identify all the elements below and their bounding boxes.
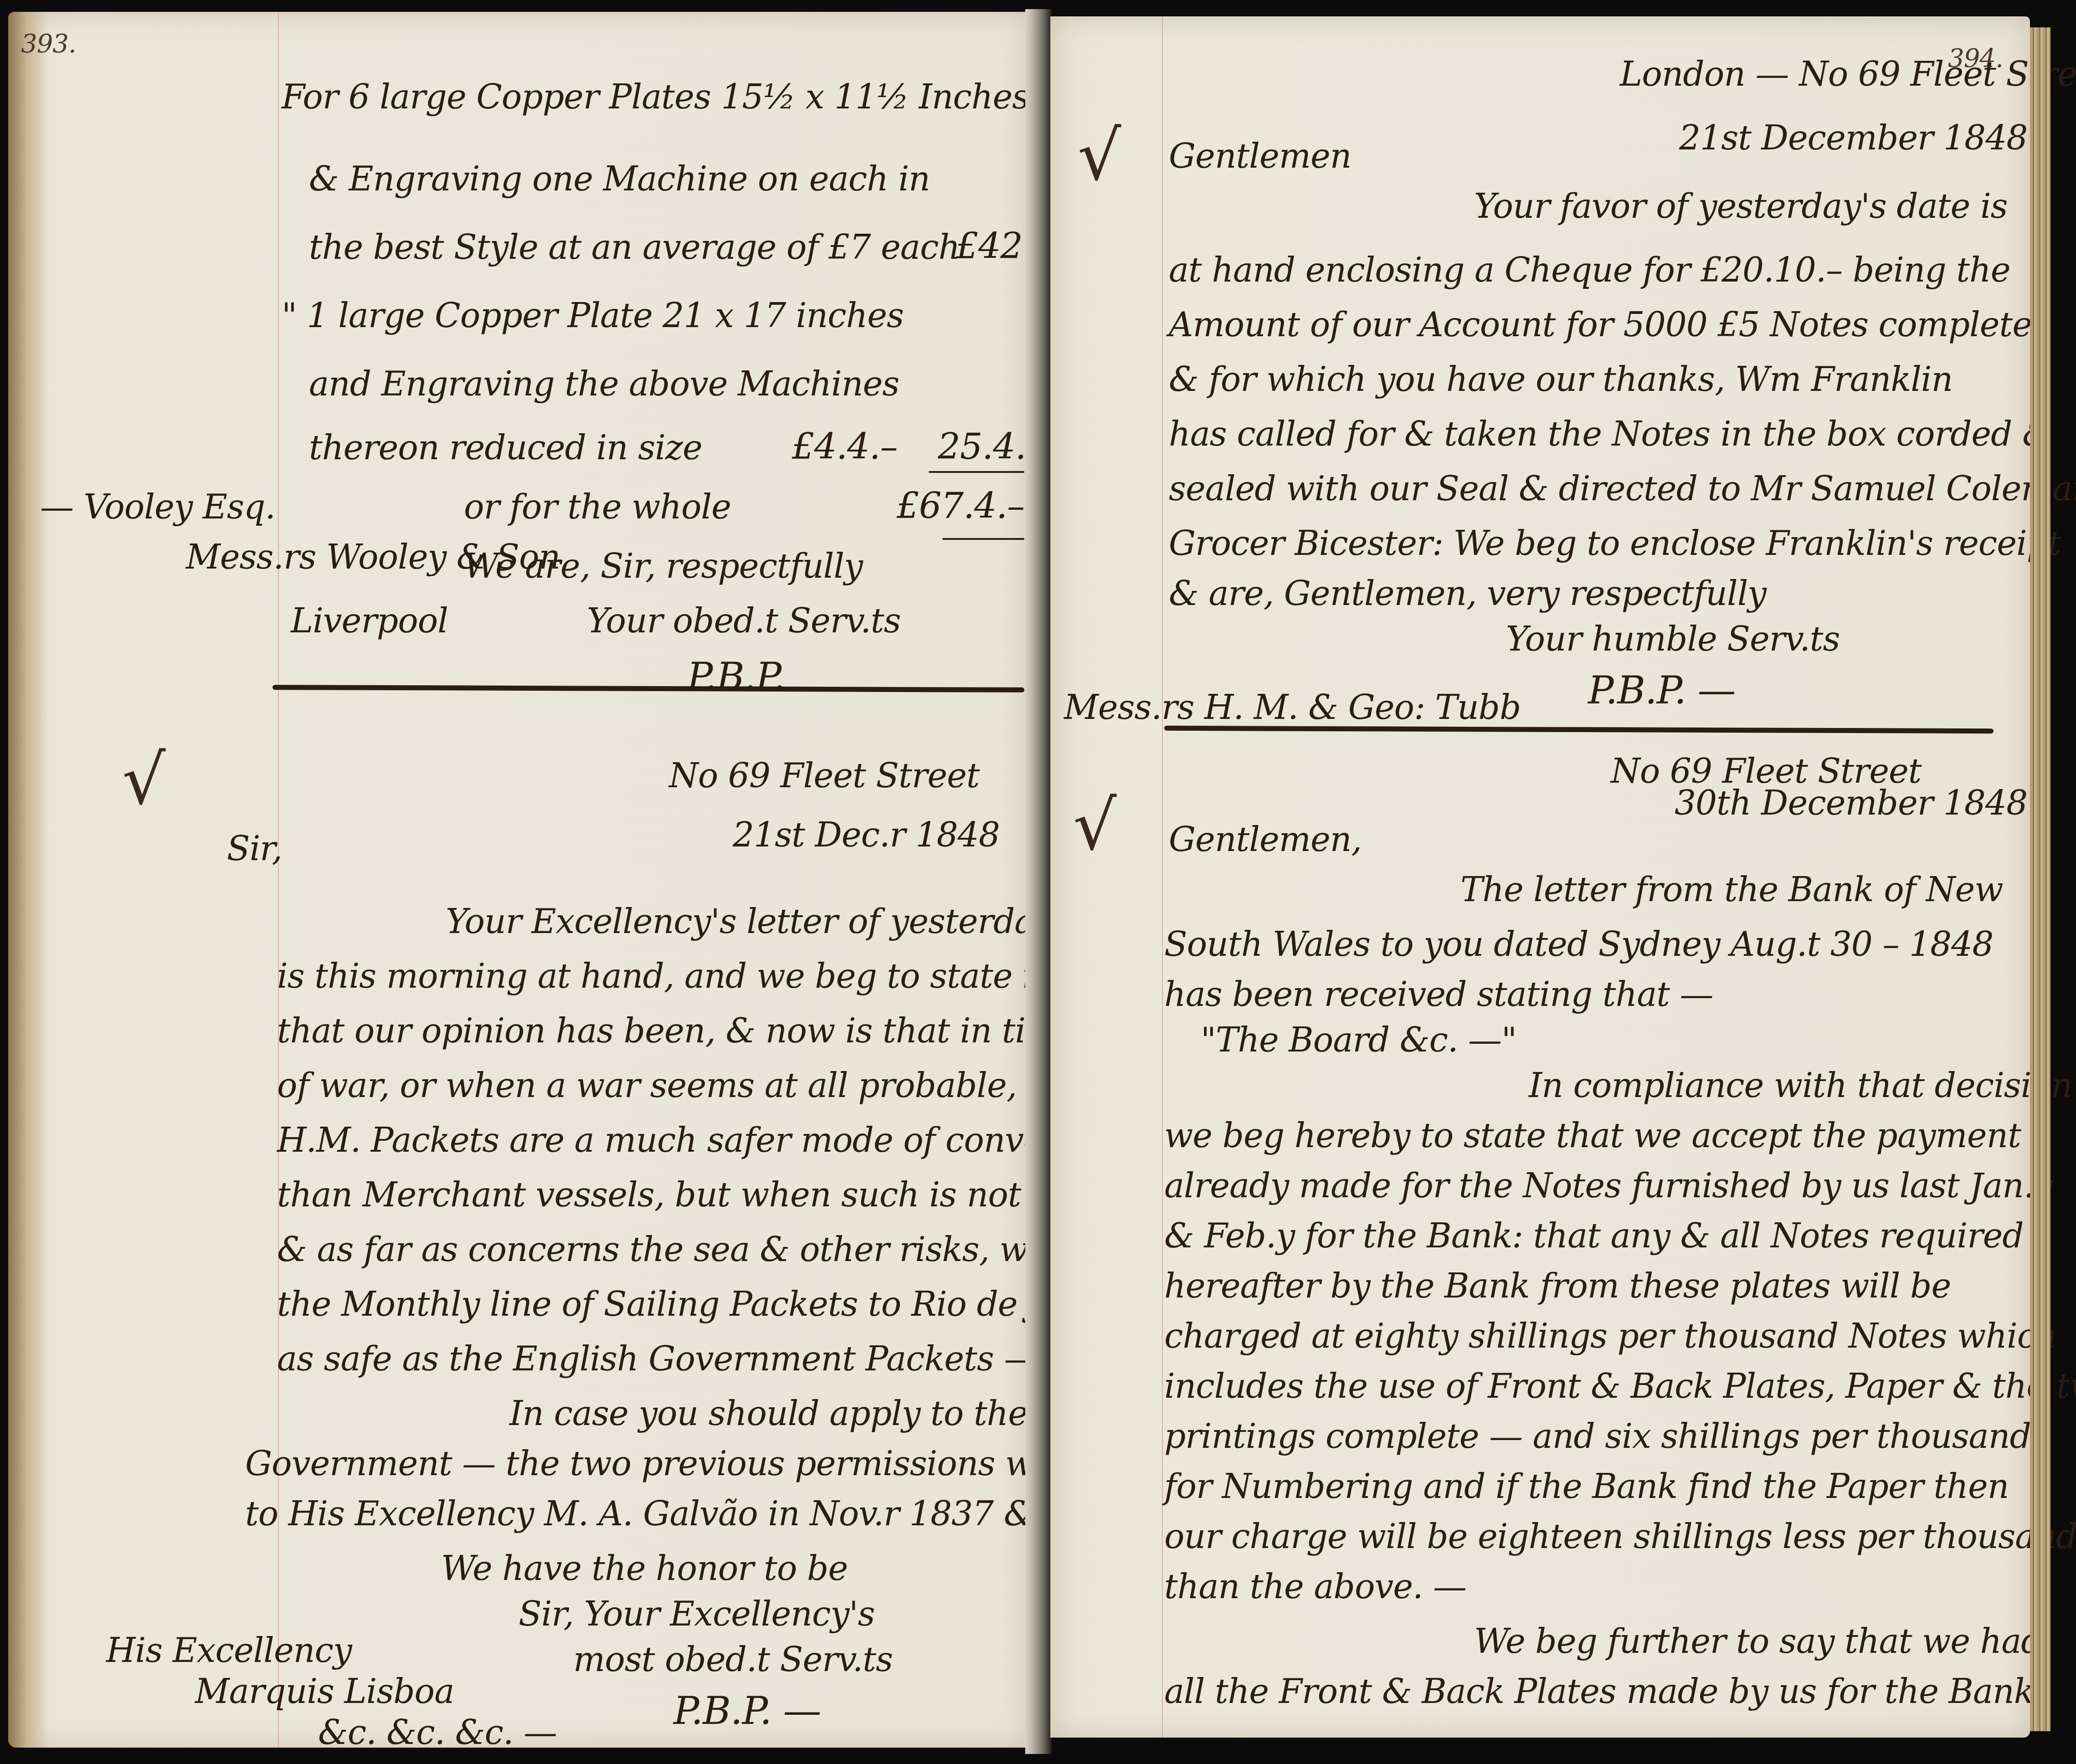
letter-line: that our opinion has been, & now is that…	[277, 1014, 1076, 1048]
closing: Your obed.t Serv.ts	[587, 604, 901, 638]
letter-line: H.M. Packets are a much safer mode of co…	[277, 1123, 1141, 1157]
letter-date: 30th December 1848	[1675, 786, 2027, 820]
amount: £4.4.–	[792, 426, 897, 467]
letter-line: as safe as the English Government Packet…	[277, 1342, 1037, 1376]
letter-line: thereon reduced in size	[309, 431, 702, 465]
addressee-line: Mess.rs H. M. & Geo: Tubb	[1064, 691, 1521, 724]
letter-address: No 69 Fleet Street	[1611, 754, 1922, 788]
margin-rule	[1162, 16, 1163, 1738]
letter-line: includes the use of Front & Back Plates,…	[1164, 1369, 2076, 1403]
letter-line: Your favor of yesterday's date is	[1474, 190, 2008, 223]
letter-line: already made for the Notes furnished by …	[1164, 1169, 2052, 1203]
quotation: "The Board &c. —"	[1201, 1023, 1516, 1057]
salutation: Gentlemen,	[1169, 823, 1362, 856]
letter-line: and Engraving the above Machines	[309, 367, 899, 401]
check-mark-icon: √	[1073, 786, 1116, 866]
closing: Your humble Serv.ts	[1506, 622, 1840, 656]
letter-line: printings complete — and six shillings p…	[1164, 1420, 2031, 1453]
addressee-line: — Vooley Esq.	[40, 490, 275, 524]
letter-address: London — No 69 Fleet Street	[1620, 57, 2076, 91]
closing: Sir, Your Excellency's	[519, 1597, 875, 1631]
letter-line: or for the whole	[464, 490, 731, 524]
closing: We have the honor to be	[441, 1552, 848, 1585]
addressee-line: His Excellency	[106, 1634, 352, 1667]
letter-line: & Engraving one Machine on each in	[309, 162, 930, 196]
letter-line: hereafter by the Bank from these plates …	[1164, 1269, 1951, 1303]
letter-line: the best Style at an average of £7 each	[309, 231, 960, 264]
letter-line: has called for & taken the Notes in the …	[1169, 417, 2052, 451]
right-page: 394. √ London — No 69 Fleet Street 21st …	[1050, 16, 2030, 1738]
closing: & are, Gentlemen, very respectfully	[1169, 577, 1766, 610]
letter-line: the Monthly line of Sailing Packets to R…	[277, 1287, 1147, 1321]
addressee-line: Liverpool	[291, 604, 448, 638]
book-spine	[1025, 9, 1052, 1754]
letter-line: " 1 large Copper Plate 21 x 17 inches	[282, 299, 904, 333]
letter-line: we beg hereby to state that we accept th…	[1164, 1119, 2021, 1153]
page-number: 393.	[21, 29, 76, 59]
letter-address: No 69 Fleet Street	[669, 759, 980, 793]
letter-line: & Feb.y for the Bank: that any & all Not…	[1164, 1219, 2024, 1253]
letter-date: 21st December 1848	[1679, 121, 2027, 155]
letter-line: of war, or when a war seems at all proba…	[277, 1069, 1081, 1102]
margin-rule	[278, 12, 279, 1748]
sum-rule	[929, 471, 1024, 473]
salutation: Gentlemen	[1169, 139, 1351, 173]
letter-line: our charge will be eighteen shillings le…	[1164, 1520, 2076, 1554]
letter-date: 21st Dec.r 1848	[733, 818, 1000, 852]
closing: most obed.t Serv.ts	[573, 1643, 893, 1677]
letter-line: Amount of our Account for 5000 £5 Notes …	[1169, 308, 2032, 342]
letter-line: charged at eighty shillings per thousand…	[1164, 1319, 2057, 1353]
page-edges	[2030, 27, 2050, 1731]
addressee-line: &c. &c. &c. —	[318, 1716, 557, 1749]
letter-line: sealed with our Seal & directed to Mr Sa…	[1169, 472, 2076, 506]
letter-line: has been received stating that —	[1164, 978, 1713, 1011]
letter-line: In compliance with that decision	[1529, 1069, 2072, 1102]
letter-line: for Numbering and if the Bank find the P…	[1164, 1470, 2009, 1503]
letter-line: In case you should apply to the	[509, 1397, 1028, 1431]
letter-line: at hand enclosing a Cheque for £20.10.– …	[1169, 253, 2010, 287]
letter-line: than the above. —	[1164, 1570, 1466, 1604]
salutation: Sir,	[227, 832, 282, 866]
addressee-line: Mess.rs Wooley & Son	[186, 540, 560, 574]
check-mark-icon: √	[1078, 117, 1121, 196]
letter-line: For 6 large Copper Plates 15½ x 11½ Inch…	[282, 80, 1029, 114]
letter-line: & for which you have our thanks, Wm Fran…	[1169, 363, 1953, 396]
letter-line: The letter from the Bank of New	[1460, 873, 2003, 907]
signature: P.B.P.	[687, 654, 785, 699]
letter-line: South Wales to you dated Sydney Aug.t 30…	[1164, 928, 1993, 961]
letter-line: We beg further to say that we had	[1474, 1625, 2042, 1658]
total-rule	[942, 538, 1024, 540]
signature: P.B.P. —	[1588, 668, 1736, 713]
letter-divider	[272, 685, 1024, 692]
letter-line: Grocer Bicester: We beg to enclose Frank…	[1169, 527, 2061, 560]
signature: P.B.P. —	[673, 1688, 821, 1733]
amount-total: £67.4.–	[897, 486, 1024, 527]
letter-line: is this morning at hand, and we beg to s…	[277, 959, 1150, 993]
letter-divider	[1164, 726, 1994, 733]
addressee-line: Marquis Lisboa	[195, 1675, 454, 1708]
check-mark-icon: √	[122, 741, 165, 820]
left-page: 393. For 6 large Copper Plates 15½ x 11½…	[8, 12, 1028, 1748]
letter-line: all the Front & Back Plates made by us f…	[1164, 1675, 2034, 1708]
